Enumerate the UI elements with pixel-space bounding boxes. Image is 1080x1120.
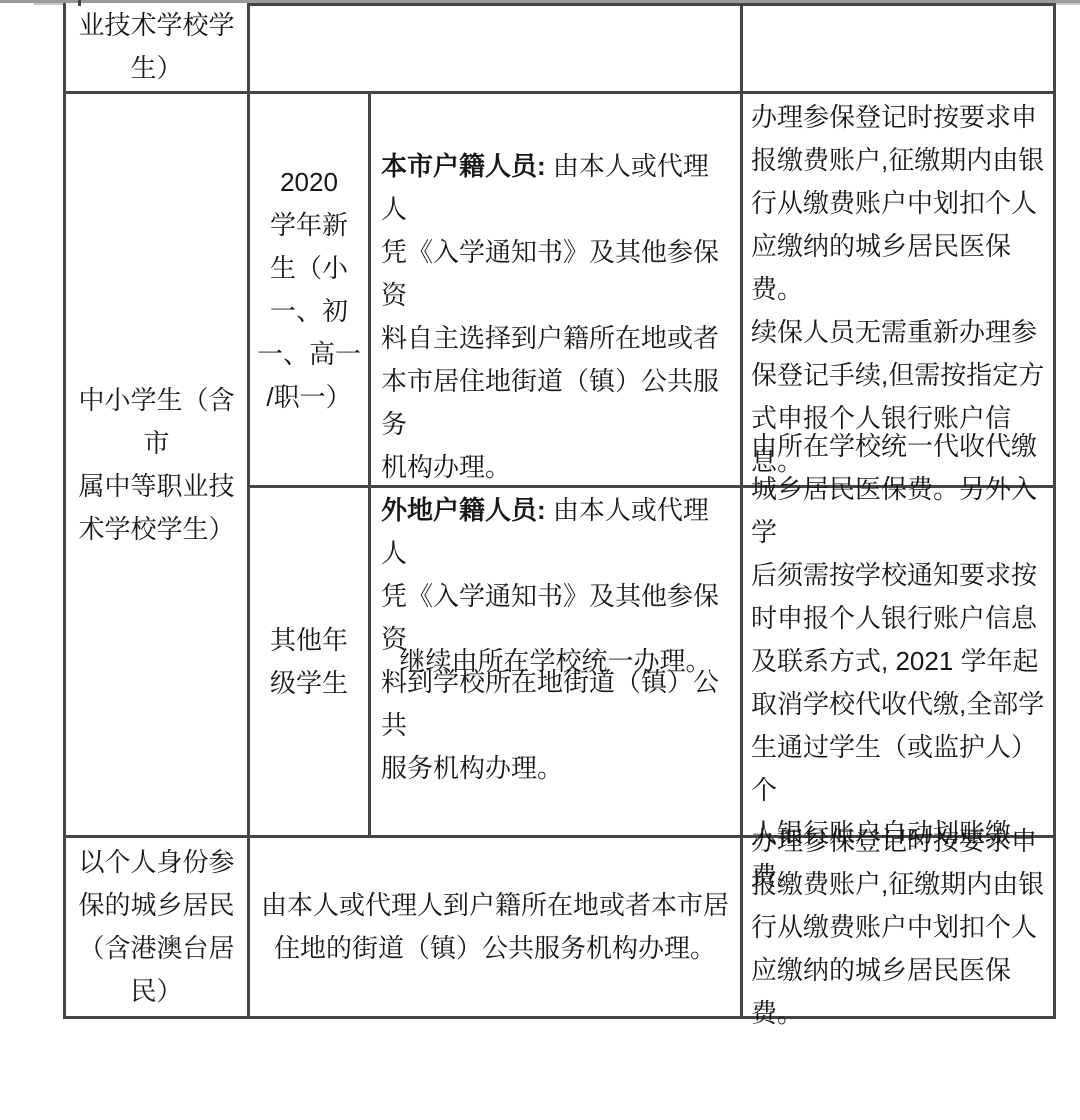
- cell-other-grades-payment: 由所在学校统一代收代缴 城乡居民医保费。另外入学 后须需按学校通知要求按 时申报…: [743, 488, 1053, 835]
- cell-carryover-payment: [743, 6, 1053, 91]
- cell-individual-payment: 办理参保登记时按要求申 报缴费账户,征缴期内由银 行从缴费账户中划扣个人 应缴纳…: [743, 838, 1053, 1016]
- cell-students-category: 中小学生（含市 属中等职业技 术学校学生）: [66, 94, 247, 835]
- local-household-text: 由本人或代理人 凭《入学通知书》及其他参保资 料自主选择到户籍所在地或者 本市居…: [381, 151, 719, 482]
- cell-other-grades-group: 其他年 级学生: [250, 488, 368, 835]
- page-edge-line-right: [1056, 3, 1080, 5]
- cell-carryover-method: [250, 6, 740, 91]
- cell-individual-method: 由本人或代理人到户籍所在地或者本市居 住地的街道（镇）公共服务机构办理。: [250, 838, 740, 1016]
- cell-carryover-category: 业技术学校学 生）: [66, 3, 247, 91]
- table-border-right: [1053, 3, 1056, 1019]
- cell-other-grades-method: 继续由所在学校统一办理。: [371, 488, 740, 835]
- page-edge-line-left: [34, 3, 63, 5]
- cell-new-students-group: 2020 学年新 生（小 一、初 一、高一 /职一）: [250, 94, 368, 485]
- cell-new-students-method: 本市户籍人员: 由本人或代理人 凭《入学通知书》及其他参保资 料自主选择到户籍所…: [371, 94, 740, 485]
- local-household-label: 本市户籍人员:: [381, 151, 546, 181]
- cell-individual-category: 以个人身份参 保的城乡居民 （含港澳台居 民）: [66, 838, 247, 1016]
- document-page: 业技术学校学 生） 中小学生（含市 属中等职业技 术学校学生） 2020 学年新…: [0, 0, 1080, 1120]
